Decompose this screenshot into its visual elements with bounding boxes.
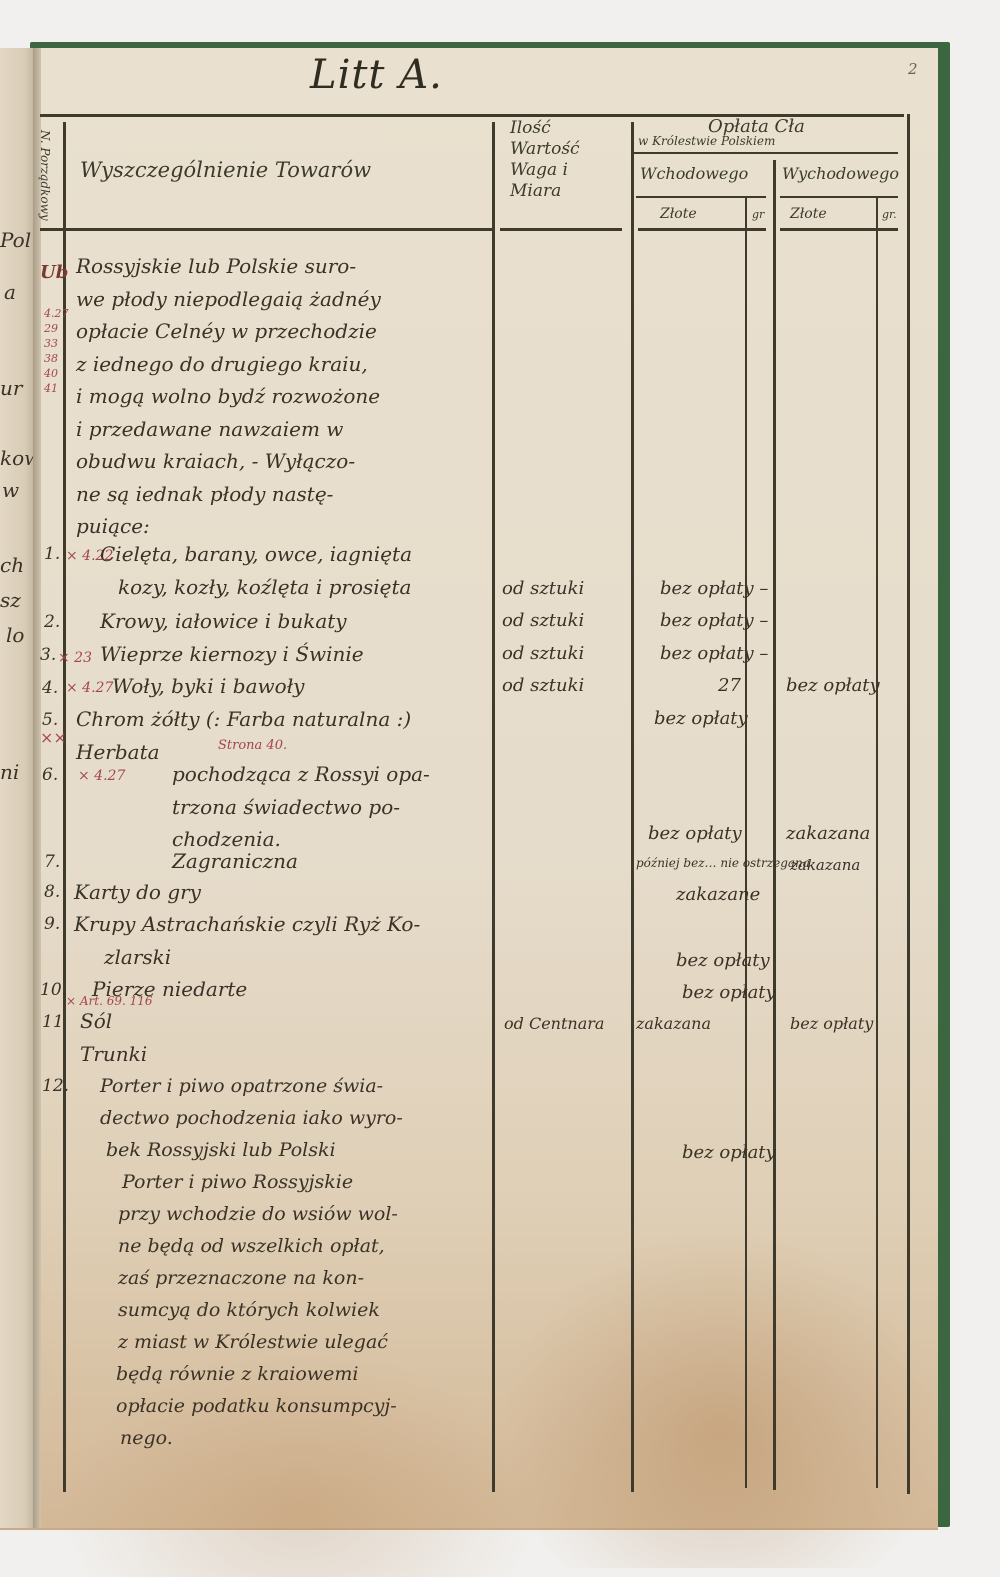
row-description-line: dectwo pochodzenia iako wyro- [100, 1102, 403, 1134]
col-rule-right [907, 114, 910, 1494]
row-description-line: nego. [100, 1422, 403, 1454]
row-description-line: Porter i piwo Rossyjskie [100, 1166, 403, 1198]
row-import-duty: bez opłaty [682, 1142, 776, 1163]
left-page-fragment: lo [6, 623, 24, 647]
intro-line: obudwu kraiach, - Wyłączo- [76, 445, 381, 478]
header-description: Wyszczególnienie Towarów [80, 158, 371, 182]
header-bottom-rule [780, 228, 898, 231]
header-quantity-line: Miara [510, 181, 580, 202]
page-title: Litt A. [310, 52, 443, 98]
row-description-line: ne będą od wszelkich opłat, [100, 1230, 403, 1262]
row-import-duty: później bez… nie ostrzegana [636, 856, 810, 870]
row-number: 5. [42, 710, 58, 730]
header-export: Wychodowego [782, 164, 899, 183]
row-number: 11 [42, 1012, 64, 1032]
left-page-fragment: a [4, 280, 16, 304]
row-description: Woły, byki i bawoły [112, 670, 304, 703]
row-number: 1. [44, 544, 60, 564]
header-gr-export: gr. [882, 208, 897, 221]
row-quantity: od sztuki [502, 610, 584, 631]
row-import-duty: zakazana [636, 1014, 711, 1033]
row-description-line: bek Rossyjski lub Polski [100, 1134, 403, 1166]
row-description-line: Porter i piwo opatrzone świa- [100, 1070, 403, 1102]
row-export-duty: bez opłaty [790, 1014, 873, 1033]
row-description-line: zlarski [74, 941, 420, 974]
row-quantity: od sztuki [502, 643, 584, 664]
row-quantity: od sztuki [502, 675, 584, 696]
row-description-line: opłacie podatku konsumpcyj- [100, 1390, 403, 1422]
row-description-line: pochodząca z Rossyi opa- [172, 758, 430, 791]
margin-number: 29 [44, 321, 69, 336]
col-rule-import [773, 160, 776, 1490]
row-description-line: trzona świadectwo po- [172, 791, 430, 824]
intro-line: Rossyjskie lub Polskie suro- [76, 250, 381, 283]
left-page-fragment: ur [0, 376, 22, 400]
header-quantity-line: Wartość [510, 139, 580, 160]
margin-number: 40 [44, 366, 69, 381]
header-import: Wchodowego [640, 164, 748, 183]
left-page-fragment: kow [0, 446, 36, 470]
row-description-line: Wieprze kiernozy i Świnie [100, 638, 364, 671]
intro-line: we płody niepodlegaią żadnéy [76, 283, 381, 316]
intro-line: ne są iednak płody nastę- [76, 478, 381, 511]
row-description-line: Trunki [80, 1038, 147, 1071]
row-description-line: kozy, kozły, koźlęta i prosięta [100, 571, 412, 604]
row-mark: × 23 [58, 650, 92, 666]
row-description-line: zaś przeznaczone na kon- [100, 1262, 403, 1294]
left-page-fragment: ni [0, 760, 19, 784]
row-quantity: od Centnara [504, 1014, 604, 1033]
intro-paragraph: Rossyjskie lub Polskie suro- we płody ni… [76, 250, 381, 543]
row-number: 3. [40, 645, 56, 665]
water-stain [500, 1228, 940, 1568]
intro-line: i przedawane nawzaiem w [76, 413, 381, 446]
left-page-fragment: Pol [0, 228, 31, 252]
col-rule-gr1 [745, 198, 747, 1488]
row-number: 6. [42, 765, 58, 785]
left-page-fragment: sz [0, 588, 21, 612]
row-import-duty: bez opłaty [648, 823, 742, 844]
row-description-line: będą równie z kraiowemi [100, 1358, 403, 1390]
row-number: 2. [44, 612, 60, 632]
row-description-line: Woły, byki i bawoły [112, 670, 304, 703]
col-rule-gr2 [876, 198, 878, 1488]
margin-numbers: 4.27 29 33 38 40 41 [44, 306, 69, 396]
left-page-fragment: w [2, 478, 19, 502]
col-rule-desc [492, 122, 495, 1492]
row-description-line: sumcyą do których kolwiek [100, 1294, 403, 1326]
header-quantity-line: Waga i [510, 160, 580, 181]
row-mark: ×× [40, 728, 67, 747]
margin-mark: Ub [40, 262, 68, 283]
header-quantity: Ilość Wartość Waga i Miara [510, 118, 580, 202]
row-note: Strona 40. [218, 738, 287, 753]
margin-number: 4.27 [44, 306, 69, 321]
col-rule-qty [631, 122, 634, 1492]
row-description-line: Cielęta, barany, owce, iagnięta [100, 538, 412, 571]
row-description-line: Pierze niedarte [92, 973, 247, 1006]
header-gr-import: gr [752, 208, 764, 221]
row-import-duty: bez opłaty – [660, 643, 768, 664]
row-description: Karty do gry [74, 876, 201, 909]
row-description-line: z miast w Królestwie ulegać [100, 1326, 403, 1358]
row-description: Zagraniczna [172, 845, 298, 878]
row-import-duty: 27 [718, 675, 741, 696]
row-description: Cielęta, barany, owce, iagnięta kozy, ko… [100, 538, 412, 603]
row-description-line: Karty do gry [74, 876, 201, 909]
header-zlote-import: Złote [660, 206, 697, 222]
row-import-duty: bez opłaty – [660, 610, 768, 631]
duty-subheader-rule [633, 152, 898, 154]
export-subheader-rule [780, 196, 898, 198]
row-quantity: od sztuki [502, 578, 584, 599]
page-number: 2 [908, 60, 918, 78]
row-import-duty: bez opłaty [654, 708, 748, 729]
intro-line: i mogą wolno bydź rozwożone [76, 380, 381, 413]
row-description-line: Krowy, iałowice i bukaty [100, 605, 347, 638]
header-bottom-rule [40, 228, 492, 231]
row-description-line: Krupy Astrachańskie czyli Ryż Ko- [74, 908, 420, 941]
header-duty-subtitle: w Królestwie Polskiem [638, 134, 775, 148]
row-description-line: przy wchodzie do wsiów wol- [100, 1198, 403, 1230]
left-page-fragment: ch [0, 553, 24, 577]
adjacent-left-page: Pol a ur kow w ch sz lo ni [0, 48, 36, 1528]
margin-number: 41 [44, 381, 69, 396]
row-number: 12. [42, 1076, 69, 1096]
row-description: Sól Trunki [80, 1005, 147, 1070]
row-number: 9. [44, 914, 60, 934]
row-export-duty: zakazana [786, 823, 870, 844]
row-description: Porter i piwo opatrzone świa- dectwo poc… [100, 1070, 403, 1454]
row-description-line: Sól [80, 1005, 147, 1038]
row-number: 4. [42, 678, 58, 698]
row-description: Wieprze kiernozy i Świnie [100, 638, 364, 671]
header-quantity-line: Ilość [510, 118, 580, 139]
row-import-duty: bez opłaty [682, 982, 776, 1003]
row-export-duty: bez opłaty [786, 675, 880, 696]
header-nr: N. Porządkowy [38, 130, 52, 221]
header-bottom-rule [500, 228, 622, 231]
row-number: 10. [40, 980, 67, 1000]
row-description: Krupy Astrachańskie czyli Ryż Ko- zlarsk… [74, 908, 420, 973]
row-description-line: Chrom żółty (: Farba naturalna :) [76, 703, 411, 736]
header-zlote-export: Złote [790, 206, 827, 222]
row-mark: × 4.27 [78, 768, 125, 784]
margin-number: 38 [44, 351, 69, 366]
row-mark: × 4.27 [66, 680, 113, 696]
row-description: pochodząca z Rossyi opa- trzona świadect… [172, 758, 430, 856]
row-number: 8. [44, 882, 60, 902]
row-import-duty: bez opłaty – [660, 578, 768, 599]
row-import-duty: bez opłaty [676, 950, 770, 971]
row-description-line: Zagraniczna [172, 845, 298, 878]
intro-line: opłacie Celnéy w przechodzie [76, 315, 381, 348]
margin-number: 33 [44, 336, 69, 351]
row-description: Pierze niedarte [92, 973, 247, 1006]
row-description: Krowy, iałowice i bukaty [100, 605, 347, 638]
intro-line: z iednego do drugiego kraiu, [76, 348, 381, 381]
row-number: 7. [44, 852, 60, 872]
row-export-duty: zakazana [790, 856, 860, 874]
row-import-duty: zakazane [676, 884, 760, 905]
